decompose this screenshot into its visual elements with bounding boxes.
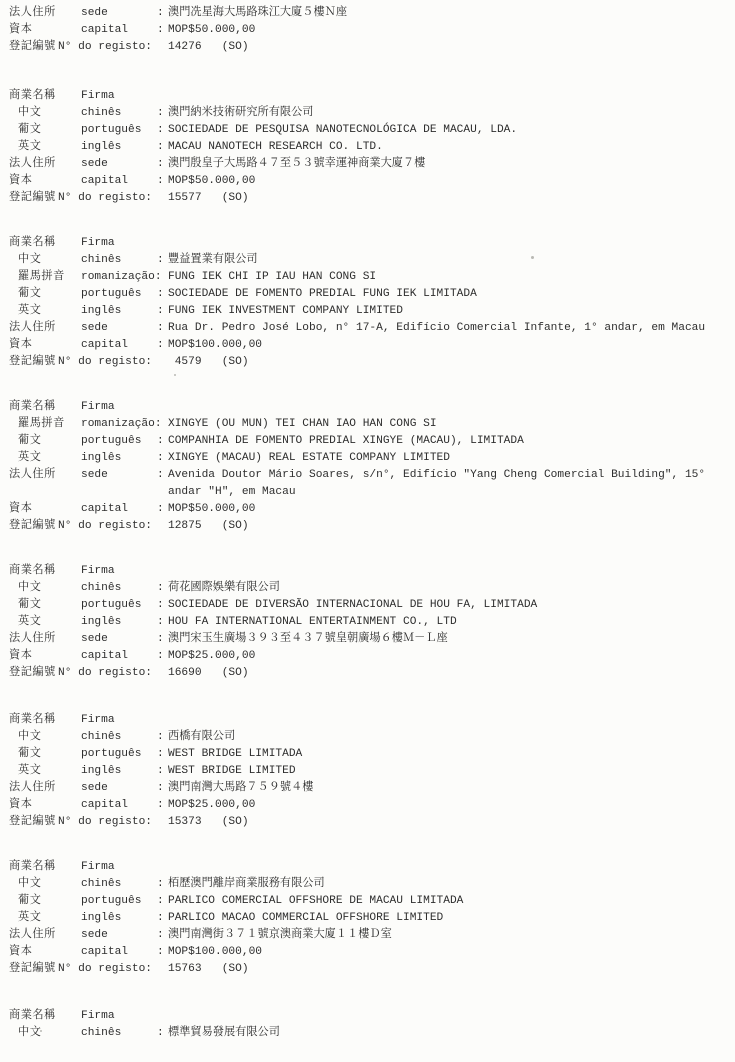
label-pt: N° do registo: xyxy=(58,518,152,535)
record-row-registo: 登記編號N° do registo:15763 (SO) xyxy=(0,961,735,978)
label-zh: 法人住所 xyxy=(9,5,56,22)
label-zh: 商業名稱 xyxy=(9,1008,56,1025)
label-zh: 中文 xyxy=(18,876,41,893)
label-pt: inglês xyxy=(81,910,121,927)
record-row-firma: 商業名稱Firma xyxy=(0,1008,735,1025)
field-value: XINGYE (MACAU) REAL ESTATE COMPANY LIMIT… xyxy=(168,450,450,467)
separator-colon: : xyxy=(157,597,164,614)
label-zh: 英文 xyxy=(18,303,41,320)
label-pt: romanização: xyxy=(81,269,162,286)
registration-number: 15763 (SO) xyxy=(168,961,249,978)
record-row-english: 英文inglês:HOU FA INTERNATIONAL ENTERTAINM… xyxy=(0,614,735,631)
separator-colon: : xyxy=(157,944,164,961)
separator-colon: : xyxy=(157,648,164,665)
label-pt: N° do registo: xyxy=(58,354,152,371)
separator-colon: : xyxy=(157,286,164,303)
record-row-firma: 商業名稱Firma xyxy=(0,399,735,416)
label-pt: inglês xyxy=(81,139,121,156)
separator-colon: : xyxy=(157,467,164,484)
record-row-sede: 法人住所sede:Avenida Doutor Mário Soares, s/… xyxy=(0,467,735,484)
label-zh: 英文 xyxy=(18,614,41,631)
separator-colon: : xyxy=(157,746,164,763)
label-zh: 英文 xyxy=(18,450,41,467)
field-value: 澳門納米技術研究所有限公司 xyxy=(168,105,313,122)
field-value: MOP$50.000,00 xyxy=(168,501,255,518)
label-pt: inglês xyxy=(81,303,121,320)
record-row-chinese: 中文chinês:荷花國際娛樂有限公司 xyxy=(0,580,735,597)
field-value: SOCIEDADE DE PESQUISA NANOTECNOLÓGICA DE… xyxy=(168,122,517,139)
record-row-firma: 商業名稱Firma xyxy=(0,88,735,105)
label-pt: português xyxy=(81,746,141,763)
label-zh: 登記編號 xyxy=(9,39,56,56)
label-pt: sede xyxy=(81,467,108,484)
field-value: WEST BRIDGE LIMITADA xyxy=(168,746,302,763)
record-row-chinese: 中文chinês:澳門納米技術研究所有限公司 xyxy=(0,105,735,122)
company-record: 商業名稱Firma羅馬拼音romanização:XINGYE (OU MUN)… xyxy=(0,399,735,535)
record-row-capital: 資本capital:MOP$25.000,00 xyxy=(0,797,735,814)
record-row-chinese: 中文chinês:西橋有限公司 xyxy=(0,729,735,746)
label-pt: Firma xyxy=(81,88,115,105)
label-zh: 中文 xyxy=(18,580,41,597)
field-value: SOCIEDADE DE FOMENTO PREDIAL FUNG IEK LI… xyxy=(168,286,477,303)
record-row-firma: 商業名稱Firma xyxy=(0,235,735,252)
label-zh: 葡文 xyxy=(18,597,41,614)
separator-colon: : xyxy=(157,5,164,22)
record-row-capital: 資本capital:MOP$50.000,00 xyxy=(0,501,735,518)
label-zh: 資本 xyxy=(9,648,32,665)
field-value: HOU FA INTERNATIONAL ENTERTAINMENT CO., … xyxy=(168,614,457,631)
label-pt: português xyxy=(81,893,141,910)
registration-number: 12875 (SO) xyxy=(168,518,249,535)
label-pt: N° do registo: xyxy=(58,39,152,56)
record-row-english: 英文inglês:PARLICO MACAO COMMERCIAL OFFSHO… xyxy=(0,910,735,927)
registration-number: 4579 (SO) xyxy=(168,354,249,371)
scan-speck xyxy=(174,374,176,376)
label-pt: chinês xyxy=(81,729,121,746)
separator-colon: : xyxy=(157,22,164,39)
separator-colon: : xyxy=(157,927,164,944)
separator-colon: : xyxy=(157,893,164,910)
field-value: 豐益置業有限公司 xyxy=(168,252,258,269)
record-row-registo: 登記編號N° do registo: 4579 (SO) xyxy=(0,354,735,371)
separator-colon: : xyxy=(157,780,164,797)
record-row-roman: 羅馬拼音romanização:XINGYE (OU MUN) TEI CHAN… xyxy=(0,416,735,433)
record-row-portuguese: 葡文português:WEST BRIDGE LIMITADA xyxy=(0,746,735,763)
label-zh: 資本 xyxy=(9,337,32,354)
record-row-sede: 法人住所sede:澳門南灣街３７１號京澳商業大廈１１樓Ｄ室 xyxy=(0,927,735,944)
label-pt: inglês xyxy=(81,450,121,467)
label-pt: chinês xyxy=(81,1025,121,1042)
field-value: SOCIEDADE DE DIVERSÃO INTERNACIONAL DE H… xyxy=(168,597,537,614)
label-pt: sede xyxy=(81,631,108,648)
label-pt: português xyxy=(81,122,141,139)
label-zh: 商業名稱 xyxy=(9,88,56,105)
label-pt: N° do registo: xyxy=(58,190,152,207)
label-pt: inglês xyxy=(81,614,121,631)
label-zh: 法人住所 xyxy=(9,156,56,173)
label-pt: capital xyxy=(81,648,128,665)
label-zh: 法人住所 xyxy=(9,780,56,797)
label-pt: sede xyxy=(81,780,108,797)
record-row-sede: 法人住所sede:澳門南灣大馬路７５９號４樓 xyxy=(0,780,735,797)
company-record: 商業名稱Firma中文chinês:澳門納米技術研究所有限公司葡文portugu… xyxy=(0,88,735,207)
label-zh: 登記編號 xyxy=(9,190,56,207)
label-zh: 登記編號 xyxy=(9,665,56,682)
label-zh: 法人住所 xyxy=(9,467,56,484)
field-value: 澳門南灣街３７１號京澳商業大廈１１樓Ｄ室 xyxy=(168,927,392,944)
label-zh: 法人住所 xyxy=(9,927,56,944)
label-zh: 商業名稱 xyxy=(9,235,56,252)
label-pt: romanização: xyxy=(81,416,162,433)
label-pt: sede xyxy=(81,156,108,173)
label-zh: 中文 xyxy=(18,252,41,269)
record-row-registo: 登記編號N° do registo:12875 (SO) xyxy=(0,518,735,535)
label-zh: 登記編號 xyxy=(9,961,56,978)
label-zh: 羅馬拼音 xyxy=(18,416,65,433)
label-zh: 中文 xyxy=(18,1025,41,1042)
record-row-sede: 法人住所sede:澳門宋玉生廣場３９３至４３７號皇朝廣場６樓Ｍ－Ｌ座 xyxy=(0,631,735,648)
separator-colon: : xyxy=(157,876,164,893)
record-row-english: 英文inglês:XINGYE (MACAU) REAL ESTATE COMP… xyxy=(0,450,735,467)
record-row-chinese: 中文chinês:豐益置業有限公司 xyxy=(0,252,735,269)
company-record: 商業名稱Firma中文chinês:標準貿易發展有限公司 xyxy=(0,1008,735,1042)
registration-number: 16690 (SO) xyxy=(168,665,249,682)
label-pt: português xyxy=(81,433,141,450)
field-value: XINGYE (OU MUN) TEI CHAN IAO HAN CONG SI xyxy=(168,416,437,433)
field-value: Rua Dr. Pedro José Lobo, n° 17-A, Edifíc… xyxy=(168,320,705,337)
label-pt: capital xyxy=(81,173,128,190)
label-zh: 法人住所 xyxy=(9,320,56,337)
label-zh: 商業名稱 xyxy=(9,712,56,729)
label-pt: Firma xyxy=(81,235,115,252)
record-row-capital: 資本capital:MOP$100.000,00 xyxy=(0,337,735,354)
label-pt: capital xyxy=(81,797,128,814)
record-row-registo: 登記編號N° do registo:15577 (SO) xyxy=(0,190,735,207)
label-zh: 英文 xyxy=(18,910,41,927)
separator-colon: : xyxy=(157,252,164,269)
separator-colon: : xyxy=(157,122,164,139)
label-zh: 商業名稱 xyxy=(9,563,56,580)
label-zh: 資本 xyxy=(9,501,32,518)
registration-number: 15577 (SO) xyxy=(168,190,249,207)
record-row-chinese: 中文chinês:標準貿易發展有限公司 xyxy=(0,1025,735,1042)
record-row-sede: 法人住所sede:澳門冼星海大馬路珠江大廈５樓Ｎ座 xyxy=(0,5,735,22)
label-zh: 資本 xyxy=(9,797,32,814)
label-zh: 登記編號 xyxy=(9,814,56,831)
field-value: 澳門冼星海大馬路珠江大廈５樓Ｎ座 xyxy=(168,5,347,22)
field-value: FUNG IEK CHI IP IAU HAN CONG SI xyxy=(168,269,376,286)
label-zh: 英文 xyxy=(18,139,41,156)
field-value: 標準貿易發展有限公司 xyxy=(168,1025,280,1042)
company-record: 商業名稱Firma中文chinês:栢歷澳門離岸商業服務有限公司葡文portug… xyxy=(0,859,735,978)
field-value: MOP$25.000,00 xyxy=(168,797,255,814)
separator-colon: : xyxy=(157,320,164,337)
label-zh: 法人住所 xyxy=(9,631,56,648)
field-value: FUNG IEK INVESTMENT COMPANY LIMITED xyxy=(168,303,403,320)
record-row-roman: 羅馬拼音romanização:FUNG IEK CHI IP IAU HAN … xyxy=(0,269,735,286)
label-pt: capital xyxy=(81,501,128,518)
separator-colon: : xyxy=(157,501,164,518)
field-value: COMPANHIA DE FOMENTO PREDIAL XINGYE (MAC… xyxy=(168,433,524,450)
field-value: 澳門宋玉生廣場３９３至４３７號皇朝廣場６樓Ｍ－Ｌ座 xyxy=(168,631,448,648)
record-row-sede: 法人住所sede:Rua Dr. Pedro José Lobo, n° 17-… xyxy=(0,320,735,337)
label-pt: capital xyxy=(81,22,128,39)
label-zh: 商業名稱 xyxy=(9,859,56,876)
separator-colon: : xyxy=(157,1025,164,1042)
label-pt: N° do registo: xyxy=(58,961,152,978)
separator-colon: : xyxy=(157,763,164,780)
registration-number: 14276 (SO) xyxy=(168,39,249,56)
label-pt: inglês xyxy=(81,763,121,780)
company-record: 商業名稱Firma中文chinês:豐益置業有限公司羅馬拼音romanizaçã… xyxy=(0,235,735,371)
label-zh: 葡文 xyxy=(18,286,41,303)
field-value: 西橋有限公司 xyxy=(168,729,235,746)
separator-colon: : xyxy=(157,631,164,648)
field-value: 荷花國際娛樂有限公司 xyxy=(168,580,280,597)
separator-colon: : xyxy=(157,450,164,467)
company-record: 商業名稱Firma中文chinês:荷花國際娛樂有限公司葡文português:… xyxy=(0,563,735,682)
label-pt: sede xyxy=(81,5,108,22)
separator-colon: : xyxy=(157,173,164,190)
separator-colon: : xyxy=(157,797,164,814)
company-record: 商業名稱Firma中文chinês:西橋有限公司葡文português:WEST… xyxy=(0,712,735,831)
record-row-continuation: andar "H", em Macau xyxy=(0,484,735,501)
separator-colon: : xyxy=(157,139,164,156)
label-pt: capital xyxy=(81,337,128,354)
field-value: PARLICO MACAO COMMERCIAL OFFSHORE LIMITE… xyxy=(168,910,443,927)
record-row-portuguese: 葡文português:SOCIEDADE DE PESQUISA NANOTE… xyxy=(0,122,735,139)
separator-colon: : xyxy=(157,156,164,173)
record-row-english: 英文inglês:MACAU NANOTECH RESEARCH CO. LTD… xyxy=(0,139,735,156)
label-pt: N° do registo: xyxy=(58,665,152,682)
label-zh: 資本 xyxy=(9,944,32,961)
record-row-portuguese: 葡文português:COMPANHIA DE FOMENTO PREDIAL… xyxy=(0,433,735,450)
label-pt: Firma xyxy=(81,859,115,876)
label-zh: 登記編號 xyxy=(9,354,56,371)
label-pt: Firma xyxy=(81,563,115,580)
label-zh: 中文 xyxy=(18,105,41,122)
label-pt: chinês xyxy=(81,876,121,893)
field-value: andar "H", em Macau xyxy=(168,484,296,501)
field-value: PARLICO COMERCIAL OFFSHORE DE MACAU LIMI… xyxy=(168,893,463,910)
registry-page: 法人住所sede:澳門冼星海大馬路珠江大廈５樓Ｎ座資本capital:MOP$5… xyxy=(0,0,735,1062)
field-value: 澳門殷皇子大馬路４７至５３號幸運神商業大廈７樓 xyxy=(168,156,425,173)
label-pt: Firma xyxy=(81,1008,115,1025)
record-row-portuguese: 葡文português:SOCIEDADE DE FOMENTO PREDIAL… xyxy=(0,286,735,303)
label-pt: Firma xyxy=(81,712,115,729)
label-zh: 葡文 xyxy=(18,433,41,450)
record-row-english: 英文inglês:FUNG IEK INVESTMENT COMPANY LIM… xyxy=(0,303,735,320)
record-row-firma: 商業名稱Firma xyxy=(0,563,735,580)
label-zh: 商業名稱 xyxy=(9,399,56,416)
record-row-portuguese: 葡文português:SOCIEDADE DE DIVERSÃO INTERN… xyxy=(0,597,735,614)
field-value: MOP$25.000,00 xyxy=(168,648,255,665)
record-row-firma: 商業名稱Firma xyxy=(0,712,735,729)
field-value: MACAU NANOTECH RESEARCH CO. LTD. xyxy=(168,139,383,156)
record-row-registo: 登記編號N° do registo:16690 (SO) xyxy=(0,665,735,682)
label-pt: sede xyxy=(81,320,108,337)
field-value: MOP$50.000,00 xyxy=(168,173,255,190)
label-zh: 葡文 xyxy=(18,893,41,910)
record-row-capital: 資本capital:MOP$100.000,00 xyxy=(0,944,735,961)
label-zh: 葡文 xyxy=(18,746,41,763)
label-zh: 葡文 xyxy=(18,122,41,139)
separator-colon: : xyxy=(157,614,164,631)
label-zh: 資本 xyxy=(9,22,32,39)
field-value: MOP$100.000,00 xyxy=(168,337,262,354)
record-row-registo: 登記編號N° do registo:15373 (SO) xyxy=(0,814,735,831)
record-row-capital: 資本capital:MOP$50.000,00 xyxy=(0,173,735,190)
record-row-capital: 資本capital:MOP$50.000,00 xyxy=(0,22,735,39)
label-pt: capital xyxy=(81,944,128,961)
label-pt: chinês xyxy=(81,252,121,269)
label-zh: 羅馬拼音 xyxy=(18,269,65,286)
label-zh: 資本 xyxy=(9,173,32,190)
separator-colon: : xyxy=(157,303,164,320)
field-value: 栢歷澳門離岸商業服務有限公司 xyxy=(168,876,325,893)
label-pt: N° do registo: xyxy=(58,814,152,831)
label-zh: 登記編號 xyxy=(9,518,56,535)
label-pt: português xyxy=(81,597,141,614)
label-pt: chinês xyxy=(81,580,121,597)
field-value: WEST BRIDGE LIMITED xyxy=(168,763,296,780)
separator-colon: : xyxy=(157,580,164,597)
label-zh: 英文 xyxy=(18,763,41,780)
field-value: MOP$100.000,00 xyxy=(168,944,262,961)
record-row-english: 英文inglês:WEST BRIDGE LIMITED xyxy=(0,763,735,780)
label-pt: português xyxy=(81,286,141,303)
label-pt: Firma xyxy=(81,399,115,416)
separator-colon: : xyxy=(157,910,164,927)
record-row-chinese: 中文chinês:栢歷澳門離岸商業服務有限公司 xyxy=(0,876,735,893)
label-pt: chinês xyxy=(81,105,121,122)
record-row-sede: 法人住所sede:澳門殷皇子大馬路４７至５３號幸運神商業大廈７樓 xyxy=(0,156,735,173)
label-zh: 中文 xyxy=(18,729,41,746)
company-record: 法人住所sede:澳門冼星海大馬路珠江大廈５樓Ｎ座資本capital:MOP$5… xyxy=(0,5,735,56)
record-row-firma: 商業名稱Firma xyxy=(0,859,735,876)
separator-colon: : xyxy=(157,337,164,354)
separator-colon: : xyxy=(157,433,164,450)
field-value: Avenida Doutor Mário Soares, s/n°, Edifí… xyxy=(168,467,705,484)
field-value: MOP$50.000,00 xyxy=(168,22,255,39)
record-row-capital: 資本capital:MOP$25.000,00 xyxy=(0,648,735,665)
registration-number: 15373 (SO) xyxy=(168,814,249,831)
record-row-portuguese: 葡文português:PARLICO COMERCIAL OFFSHORE D… xyxy=(0,893,735,910)
separator-colon: : xyxy=(157,105,164,122)
record-row-registo: 登記編號N° do registo:14276 (SO) xyxy=(0,39,735,56)
field-value: 澳門南灣大馬路７５９號４樓 xyxy=(168,780,313,797)
separator-colon: : xyxy=(157,729,164,746)
label-pt: sede xyxy=(81,927,108,944)
